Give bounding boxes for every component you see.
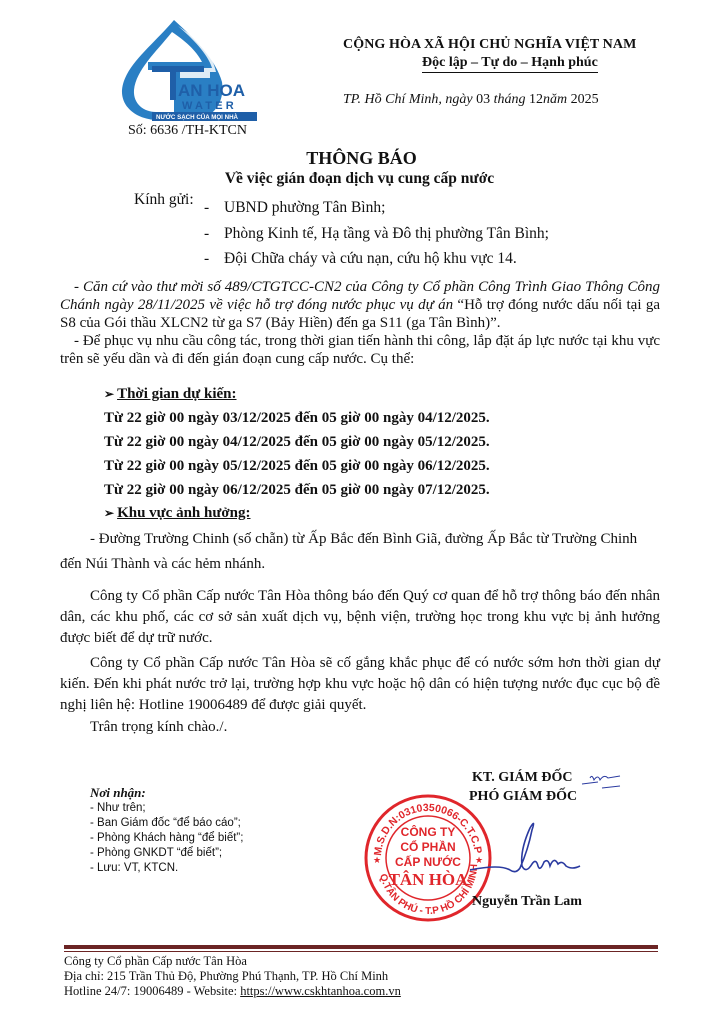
purpose-paragraph: - Để phục vụ nhu cầu công tác, trong thờ…: [60, 332, 660, 368]
document-date: TP. Hồ Chí Minh, ngày 03 tháng 12năm 202…: [343, 92, 599, 108]
arrow-bullet-icon: ➢: [104, 506, 114, 520]
svg-text:TÂN HÒA: TÂN HÒA: [389, 870, 469, 889]
document-number: Số: 6636 /TH-KTCN: [128, 123, 247, 139]
footer-company: Công ty Cổ phần Cấp nước Tân Hòa: [64, 954, 247, 969]
date-day: 03: [476, 92, 490, 107]
time-slot: Từ 22 giờ 00 ngày 03/12/2025 đến 05 giờ …: [104, 410, 490, 427]
affected-area-line: đến Núi Thành và các hẻm nhánh.: [60, 556, 265, 573]
national-title: CỘNG HÒA XÃ HỘI CHỦ NGHĨA VIỆT NAM: [343, 37, 636, 53]
document-subtitle: Về việc gián đoạn dịch vụ cung cấp nước: [0, 170, 719, 188]
time-slot: Từ 22 giờ 00 ngày 05/12/2025 đến 05 giờ …: [104, 458, 490, 475]
distribution-item: - Phòng GNKDT “để biết”;: [90, 847, 222, 859]
date-prefix: TP. Hồ Chí Minh, ngày: [343, 92, 476, 107]
closing-line: Trân trọng kính chào./.: [90, 719, 227, 736]
time-heading: ➢Thời gian dự kiến:: [104, 386, 237, 403]
time-slot: Từ 22 giờ 00 ngày 06/12/2025 đến 05 giờ …: [104, 482, 490, 499]
svg-text:NƯỚC SẠCH CỦA MỌI NHÀ: NƯỚC SẠCH CỦA MỌI NHÀ: [156, 113, 239, 121]
website-link[interactable]: https://www.cskhtanhoa.com.vn: [240, 984, 401, 998]
initial-mark-icon: [580, 770, 630, 790]
footer-contact: Hotline 24/7: 19006489 - Website: https:…: [64, 984, 401, 999]
distribution-item: - Như trên;: [90, 802, 146, 814]
area-heading: ➢Khu vực ảnh hưởng:: [104, 505, 251, 522]
date-year-label: năm: [543, 92, 571, 107]
svg-text:CÔNG TY: CÔNG TY: [401, 824, 456, 839]
handwritten-signature-icon: [470, 820, 600, 890]
distribution-item: - Lưu: VT, KTCN.: [90, 862, 178, 874]
time-slot: Từ 22 giờ 00 ngày 04/12/2025 đến 05 giờ …: [104, 434, 490, 451]
arrow-bullet-icon: ➢: [104, 387, 114, 401]
distribution-item: - Phòng Khách hàng “để biết”;: [90, 832, 243, 844]
date-year: 2025: [571, 92, 599, 107]
notice-paragraph: Công ty Cổ phần Cấp nước Tân Hòa thông b…: [60, 586, 660, 649]
distribution-label: Nơi nhận:: [90, 785, 146, 801]
document-title: THÔNG BÁO: [0, 148, 719, 169]
recipient-item: -Đội Chữa cháy và cứu nạn, cứu hộ khu vự…: [204, 250, 517, 268]
recipients-label: Kính gửi:: [134, 191, 194, 209]
footer-hotline: Hotline 24/7: 19006489 - Website:: [64, 984, 240, 998]
company-logo: AN HOA WATER NƯỚC SẠCH CỦA MỌI NHÀ: [112, 16, 262, 122]
affected-area-line: - Đường Trường Chinh (số chẵn) từ Ấp Bắc…: [90, 531, 637, 548]
remedy-paragraph: Công ty Cổ phần Cấp nước Tân Hòa sẽ cố g…: [60, 653, 660, 716]
signer-role-1: KT. GIÁM ĐỐC: [472, 770, 572, 786]
footer-rule: [64, 945, 658, 949]
svg-text:CỔ PHẦN: CỔ PHẦN: [400, 839, 455, 854]
water-drop-logo-icon: AN HOA WATER NƯỚC SẠCH CỦA MỌI NHÀ: [112, 16, 262, 122]
distribution-item: - Ban Giám đốc “để báo cáo”;: [90, 817, 241, 829]
svg-text:CẤP NƯỚC: CẤP NƯỚC: [395, 854, 461, 869]
date-month-label: tháng: [490, 92, 529, 107]
footer-rule-thin: [64, 951, 658, 952]
signer-name: Nguyễn Trần Lam: [472, 894, 582, 910]
footer-address: Địa chỉ: 215 Trần Thủ Độ, Phường Phú Thạ…: [64, 969, 388, 984]
svg-text:★: ★: [373, 855, 381, 865]
recipient-item: -UBND phường Tân Bình;: [204, 199, 385, 217]
recipient-item: -Phòng Kinh tế, Hạ tầng và Đô thị phường…: [204, 225, 549, 243]
date-month: 12: [529, 92, 543, 107]
basis-paragraph: - Căn cứ vào thư mời số 489/CTGTCC-CN2 c…: [60, 278, 660, 332]
svg-text:AN HOA: AN HOA: [178, 81, 245, 100]
national-motto: Độc lập – Tự do – Hạnh phúc: [422, 55, 598, 73]
svg-text:WATER: WATER: [182, 100, 237, 112]
